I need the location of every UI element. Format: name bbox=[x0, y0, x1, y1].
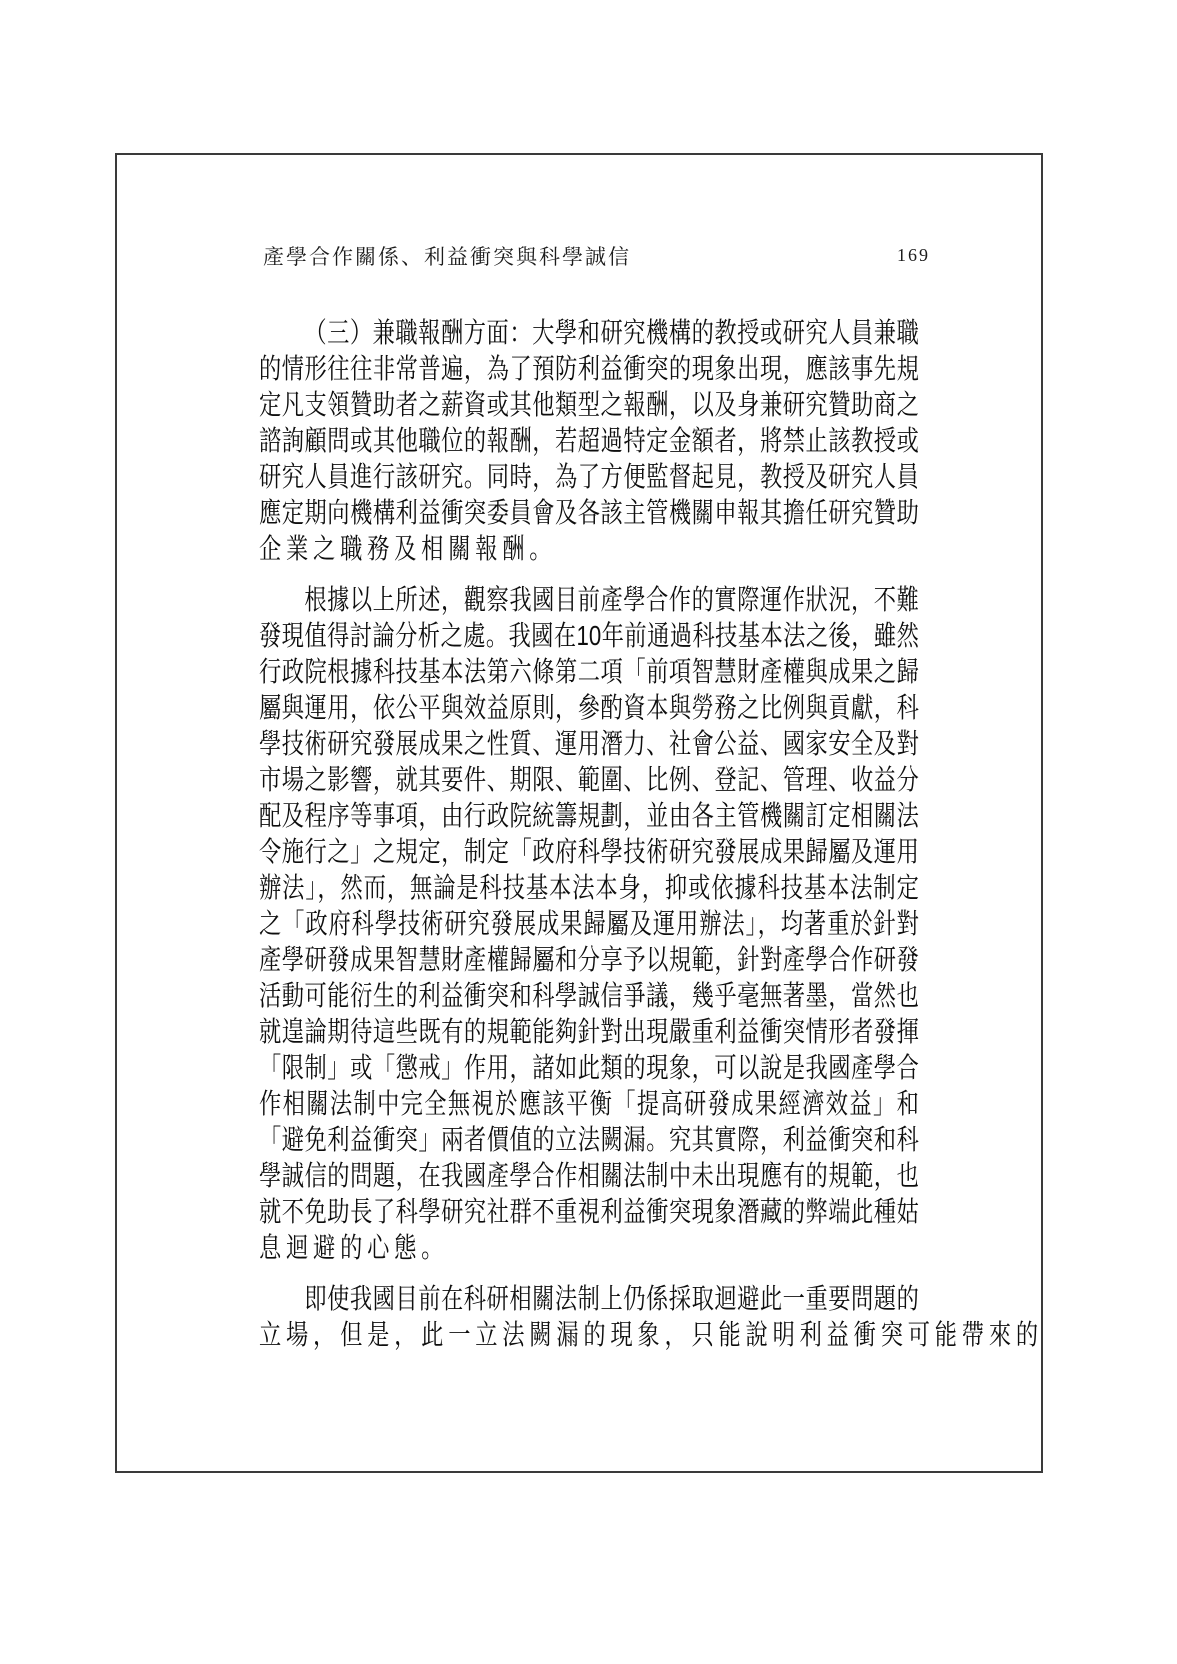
text-line: 辦法」，然而，無論是科技基本法本身，抑或依據科技基本法制定 bbox=[259, 870, 919, 906]
page-frame: 產學合作關係、利益衝突與科學誠信 169 （三）兼職報酬方面：大學和研究機構的教… bbox=[115, 153, 1043, 1473]
text-line: 息迴避的心態。 bbox=[259, 1230, 919, 1266]
text-line: 的情形往往非常普遍，為了預防利益衝突的現象出現，應該事先規 bbox=[259, 351, 919, 387]
text-line: 根據以上所述，觀察我國目前產學合作的實際運作狀況，不難 bbox=[259, 582, 919, 618]
paragraph: 根據以上所述，觀察我國目前產學合作的實際運作狀況，不難發現值得討論分析之處。我國… bbox=[259, 582, 919, 1266]
text-line: 配及程序等事項，由行政院統籌規劃，並由各主管機關訂定相關法 bbox=[259, 798, 919, 834]
text-line: 產學研發成果智慧財產權歸屬和分享予以規範，針對產學合作研發 bbox=[259, 942, 919, 978]
text-line: 就遑論期待這些既有的規範能夠針對出現嚴重利益衝突情形者發揮 bbox=[259, 1014, 919, 1050]
text-line: 定凡支領贊助者之薪資或其他類型之報酬，以及身兼研究贊助商之 bbox=[259, 387, 919, 423]
text-line: 令施行之」之規定，制定「政府科學技術研究發展成果歸屬及運用 bbox=[259, 834, 919, 870]
text-line: 研究人員進行該研究。同時，為了方便監督起見，教授及研究人員 bbox=[259, 459, 919, 495]
text-line: 「避免利益衝突」兩者價值的立法闕漏。究其實際，利益衝突和科 bbox=[259, 1122, 919, 1158]
text-line: 發現值得討論分析之處。我國在10年前通過科技基本法之後，雖然 bbox=[259, 618, 919, 654]
text-line: 應定期向機構利益衝突委員會及各該主管機關申報其擔任研究贊助 bbox=[259, 495, 919, 531]
text-line: 作相關法制中完全無視於應該平衡「提高研發成果經濟效益」和 bbox=[259, 1086, 919, 1122]
text-line: 行政院根據科技基本法第六條第二項「前項智慧財產權與成果之歸 bbox=[259, 654, 919, 690]
text-line: 之「政府科學技術研究發展成果歸屬及運用辦法」，均著重於針對 bbox=[259, 906, 919, 942]
text-line: 就不免助長了科學研究社群不重視利益衝突現象潛藏的弊端此種姑 bbox=[259, 1194, 919, 1230]
paragraph: （三）兼職報酬方面：大學和研究機構的教授或研究人員兼職的情形往往非常普遍，為了預… bbox=[259, 315, 919, 567]
text-line: 「限制」或「懲戒」作用，諸如此類的現象，可以說是我國產學合 bbox=[259, 1050, 919, 1086]
text-line: 屬與運用，依公平與效益原則，參酌資本與勞務之比例與貢獻，科 bbox=[259, 690, 919, 726]
body-text: （三）兼職報酬方面：大學和研究機構的教授或研究人員兼職的情形往往非常普遍，為了預… bbox=[259, 315, 919, 1353]
running-header-title: 產學合作關係、利益衝突與科學誠信 bbox=[263, 241, 631, 271]
page-number: 169 bbox=[897, 245, 930, 266]
text-line: 即使我國目前在科研相關法制上仍係採取迴避此一重要問題的 bbox=[259, 1281, 919, 1317]
text-line: 市場之影響，就其要件、期限、範圍、比例、登記、管理、收益分 bbox=[259, 762, 919, 798]
text-line: 立場，但是，此一立法闕漏的現象，只能說明利益衝突可能帶來的 bbox=[259, 1317, 919, 1353]
text-line: 活動可能衍生的利益衝突和科學誠信爭議，幾乎毫無著墨，當然也 bbox=[259, 978, 919, 1014]
paragraph: 即使我國目前在科研相關法制上仍係採取迴避此一重要問題的立場，但是，此一立法闕漏的… bbox=[259, 1281, 919, 1353]
text-line: 學技術研究發展成果之性質、運用潛力、社會公益、國家安全及對 bbox=[259, 726, 919, 762]
text-line: （三）兼職報酬方面：大學和研究機構的教授或研究人員兼職 bbox=[259, 315, 919, 351]
text-line: 企業之職務及相關報酬。 bbox=[259, 531, 919, 567]
text-line: 學誠信的問題，在我國產學合作相關法制中未出現應有的規範，也 bbox=[259, 1158, 919, 1194]
scanned-book-page: { "header": { "title": "產學合作關係、利益衝突與科學誠信… bbox=[0, 0, 1177, 1664]
text-line: 諮詢顧問或其他職位的報酬，若超過特定金額者，將禁止該教授或 bbox=[259, 423, 919, 459]
